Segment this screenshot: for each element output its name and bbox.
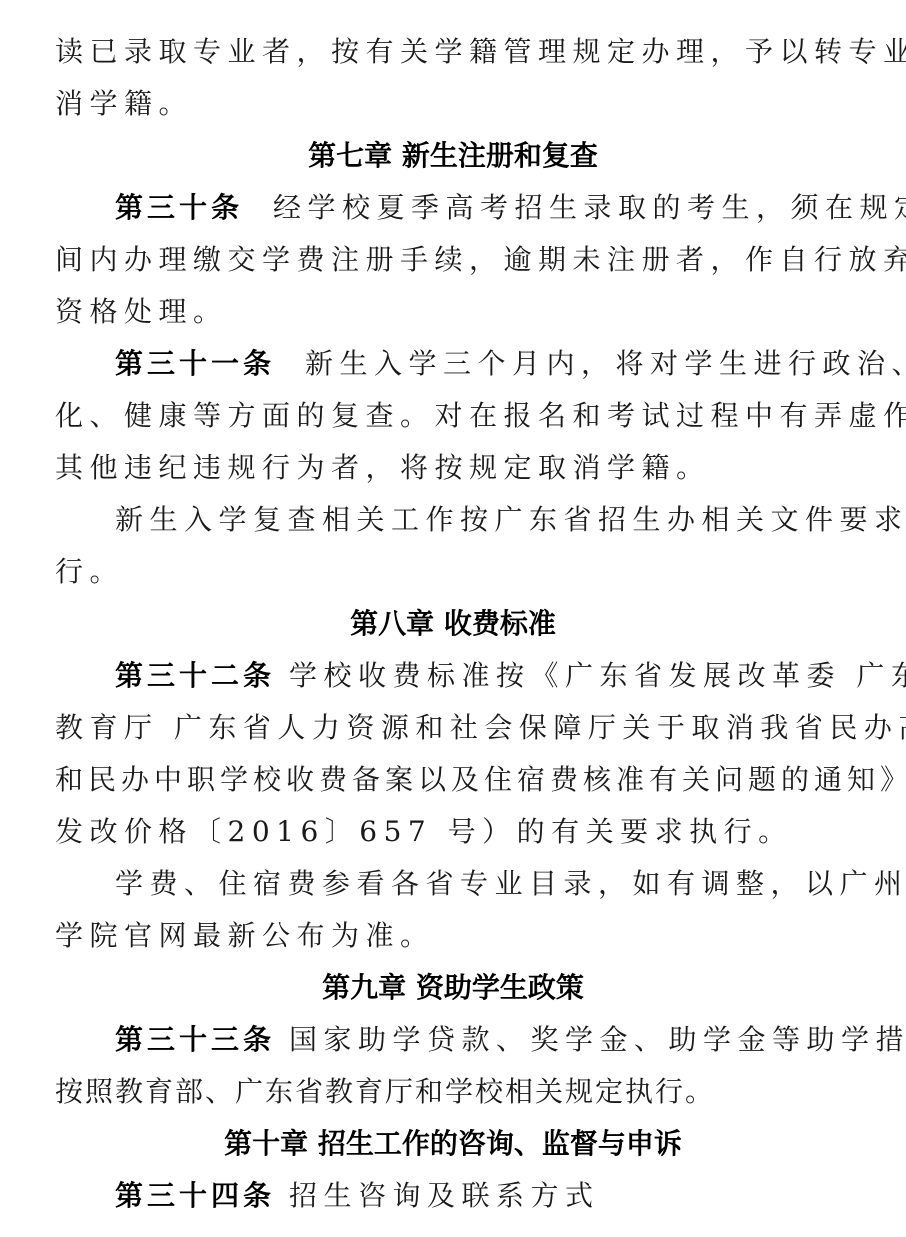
text-line: 化、健康等方面的复查。对在报名和考试过程中有弄虚作假或	[55, 390, 851, 442]
text-line: 其他违纪违规行为者，将按规定取消学籍。	[55, 442, 851, 494]
text-line: 读已录取专业者，按有关学籍管理规定办理，予以转专业或取	[55, 26, 851, 78]
article-line: 第三十二条学校收费标准按《广东省发展改革委 广东省	[55, 650, 851, 702]
article-text: 经学校夏季高考招生录取的考生，须在规定时	[273, 191, 906, 224]
article-number: 第三十三条	[115, 1023, 275, 1056]
chapter-heading: 第十章 招生工作的咨询、监督与申诉	[55, 1118, 851, 1170]
text-line: 间内办理缴交学费注册手续，逾期未注册者，作自行放弃入学	[55, 234, 851, 286]
text-line: 发改价格〔2016〕657 号）的有关要求执行。	[55, 806, 851, 858]
text-line: 按照教育部、广东省教育厅和学校相关规定执行。	[55, 1066, 851, 1118]
article-line: 第三十条经学校夏季高考招生录取的考生，须在规定时	[55, 182, 851, 234]
chapter-heading: 第七章 新生注册和复查	[55, 130, 851, 182]
chapter-heading: 第九章 资助学生政策	[55, 962, 851, 1014]
chapter-heading: 第八章 收费标准	[55, 598, 851, 650]
text-line: 资格处理。	[55, 286, 851, 338]
article-number: 第三十条	[115, 191, 243, 224]
text-line: 学费、住宿费参看各省专业目录，如有调整，以广州华立	[55, 858, 851, 910]
article-line: 第三十三条国家助学贷款、奖学金、助学金等助学措施	[55, 1014, 851, 1066]
article-line: 第三十四条招生咨询及联系方式	[55, 1170, 851, 1222]
text-line: 教育厅 广东省人力资源和社会保障厅关于取消我省民办高校	[55, 702, 851, 754]
document-page: 读已录取专业者，按有关学籍管理规定办理，予以转专业或取 消学籍。 第七章 新生注…	[55, 26, 851, 1222]
text-line: 行。	[55, 546, 851, 598]
article-text: 学校收费标准按《广东省发展改革委 广东省	[289, 659, 906, 692]
article-text: 新生入学三个月内，将对学生进行政治、文	[305, 347, 906, 380]
article-text: 国家助学贷款、奖学金、助学金等助学措施	[289, 1023, 906, 1056]
article-text: 招生咨询及联系方式	[289, 1179, 600, 1212]
text-line: 消学籍。	[55, 78, 851, 130]
article-number: 第三十四条	[115, 1179, 275, 1212]
text-line: 学院官网最新公布为准。	[55, 910, 851, 962]
article-number: 第三十二条	[115, 659, 275, 692]
article-number: 第三十一条	[115, 347, 275, 380]
text-line: 和民办中职学校收费备案以及住宿费核准有关问题的通知》(粤	[55, 754, 851, 806]
article-line: 第三十一条新生入学三个月内，将对学生进行政治、文	[55, 338, 851, 390]
text-line: 新生入学复查相关工作按广东省招生办相关文件要求执	[55, 494, 851, 546]
